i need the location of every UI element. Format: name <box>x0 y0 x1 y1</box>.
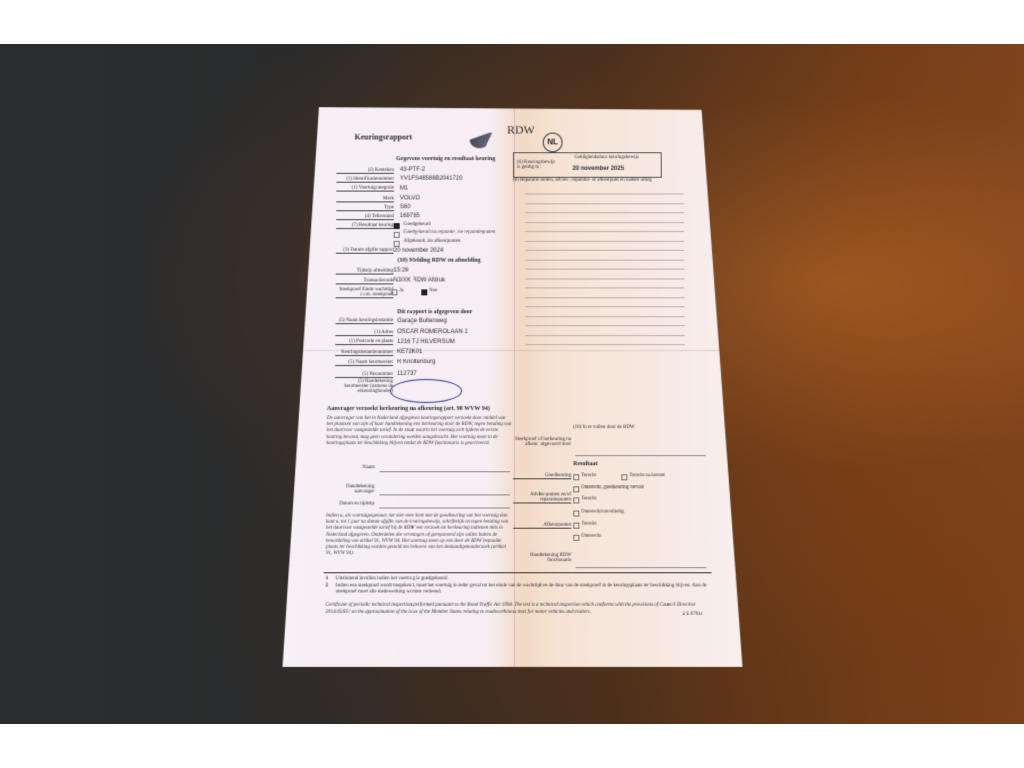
document-title: Keuringsrapport <box>355 133 413 142</box>
repair-rule-line <box>525 335 685 336</box>
valid-until-value: 20 november 2025 <box>572 166 624 172</box>
appeal-name-line <box>380 471 510 472</box>
inspection-report-document: Keuringsrapport RDW NL Gegevens voertuig… <box>283 107 743 667</box>
license-plate-value: 43-PTF-2 <box>400 167 425 173</box>
checkbox-steekproef-no <box>421 289 427 295</box>
footer-divider <box>324 572 712 573</box>
field-label: (1) Voertuigcategorie <box>336 186 394 192</box>
repair-rule-line <box>525 222 684 223</box>
checkbox <box>573 474 579 480</box>
result-option: Goedgekeurd <box>404 222 431 227</box>
instance-number-value: KE72K01 <box>397 349 422 355</box>
footnote-text: Uitsluitend invullen indien het voertuig… <box>336 576 449 581</box>
notification-heading: (10) Melding RDW en afmelding <box>398 258 481 264</box>
checkbox-approved <box>394 223 400 229</box>
footnote-text: Indien een steekproef wordt toegekend, m… <box>336 583 709 595</box>
field-label: (5) Naam keurmeester <box>335 360 393 366</box>
make-value: VOLVO <box>400 196 420 202</box>
form-code: 2 S 0701c <box>682 612 702 617</box>
appeal-field-signature: Handtekening aanvrager <box>329 484 374 494</box>
rdw-option: Terecht <box>581 522 596 527</box>
address-value: OSCAR ROMEROLAAN 1 <box>397 329 468 335</box>
rdw-option: Onterecht/onvolledig <box>581 510 624 515</box>
certificate-text: Certificate of periodic technical inspec… <box>325 603 708 616</box>
transaction-value: N3/XK RDW Afdruk <box>393 278 445 284</box>
steekproef-no: Nee <box>429 288 437 293</box>
pass-number-value: 112737 <box>397 371 417 377</box>
repair-rule-line <box>525 287 684 288</box>
transaction-label: Transactiecode <box>336 278 394 284</box>
rdw-section-heading: (10) In te vullen door de RDW <box>573 425 635 430</box>
appeal-signature-line <box>379 494 510 495</box>
repair-rule-line <box>525 316 685 317</box>
field-label: (5) Pasnummer <box>335 372 393 378</box>
field-label: (1) Postcode en plaats <box>335 339 393 345</box>
field-label: (4) Tellerstand <box>336 214 394 220</box>
validity-label: (6) Keuringsbewijs is geldig tot <box>517 160 557 170</box>
field-label: (1) Identificatienummer <box>336 177 394 183</box>
footnote-number: 2 <box>326 583 329 588</box>
date-label: (3) Datum afgifte rapport <box>336 248 394 254</box>
field-label: Merk <box>336 196 394 202</box>
rdw-option: Terecht <box>581 496 596 501</box>
field-label: Type <box>336 205 394 211</box>
repair-rule-line <box>525 297 684 298</box>
validity-heading: Geldigheidsduur keuringsbewijs <box>574 155 638 160</box>
rdw-field-label: Advies-punten en/of reparatiepunten <box>513 492 571 503</box>
rdw-field-label: Afkeurpunten <box>513 523 571 529</box>
appeal-text: De aanvrager van het in Nederland afgege… <box>327 416 512 447</box>
result-option: Goedgekeurd na reparatie, zie reparatiep… <box>404 230 496 235</box>
rdw-option: Onterecht <box>581 534 601 539</box>
repair-rule-line <box>525 259 684 260</box>
repair-rule-line <box>525 325 685 326</box>
repair-rule-line <box>525 306 685 307</box>
odometer-value: 169785 <box>400 213 420 219</box>
issuer-heading: Dit rapport is afgegeven door <box>397 309 472 315</box>
rdw-signature-line <box>575 567 706 568</box>
field-label: (5) Naam keuringsinstantie <box>335 318 393 324</box>
rdw-option: Terecht na herstel <box>629 473 665 478</box>
field-label: Keuringsinstantienummer <box>335 350 393 356</box>
rdw-field-label: Goedkeuring <box>513 473 571 479</box>
vehicle-section-heading: Gegevens voertuig en resultaat keuring <box>396 156 495 162</box>
repair-rule-line <box>525 240 684 241</box>
repair-rule-line <box>525 344 685 345</box>
appeal-field-name: Naam <box>344 465 374 470</box>
rdw-option: Onterecht, goedkeuring vervalt <box>581 485 644 490</box>
garage-name-value: Garage Bultenweg <box>397 318 447 324</box>
checkbox <box>573 497 579 503</box>
field-label: (2) Kenteken <box>336 168 394 174</box>
category-value: M1 <box>400 186 408 192</box>
result-heading: Resultaat <box>573 461 597 467</box>
appeal-field-date: Datum en tijdstip <box>329 501 374 506</box>
appeal-heading: Aanvrager verzoekt herkeuring na afkeuri… <box>327 406 490 412</box>
country-code-badge: NL <box>543 133 563 153</box>
vin-value: YV1FS48588B2041720 <box>400 176 463 182</box>
footnote-number: 1 <box>326 576 329 581</box>
field-label: (1) Adres <box>335 330 393 336</box>
result-option: Afgekeurd, zie afkeurpunten <box>404 239 461 244</box>
type-value: S60 <box>400 204 411 210</box>
repair-rule-line <box>525 250 684 251</box>
inspector-signature <box>390 379 462 403</box>
checkbox <box>573 535 579 541</box>
issue-date-value: 20 november 2024 <box>394 248 444 254</box>
rdw-field-label: Steekproef of herkeuring na afkeur uitge… <box>513 437 571 447</box>
rdw-logo-icon <box>469 130 501 151</box>
rdw-field-label: Handtekening RDW functionaris <box>513 553 571 563</box>
repair-heading: (8) Reparatiepunten, advies-, reparatie-… <box>513 178 652 183</box>
repair-rule-line <box>525 212 684 213</box>
repair-rule-line <box>525 231 684 232</box>
checkbox <box>573 511 579 517</box>
time-label: Tijdstip afmelding <box>336 269 394 275</box>
checkbox-approved-after-repair <box>394 232 400 238</box>
checkbox-steekproef-yes <box>391 289 397 295</box>
checkbox-rejected <box>394 241 400 247</box>
steekproef-label: Steekproef Einde wachttijd i.v.m. steekp… <box>336 287 394 298</box>
repair-rule-line <box>525 278 684 279</box>
appeal-date-line <box>379 508 510 509</box>
result-label: (7) Resultaat keuring <box>336 223 394 229</box>
owner-text: Indien u, als voertuigeigenaar, het niet… <box>326 514 512 558</box>
time-value: 15:26 <box>394 268 409 274</box>
rdw-option: Terecht <box>581 473 596 478</box>
steekproef-yes: Ja <box>399 288 403 293</box>
rdw-performed-by-line <box>575 455 705 456</box>
inspector-name-value: R Knoltenburg <box>397 359 435 365</box>
checkbox <box>621 474 627 480</box>
repair-rule-line <box>525 194 684 195</box>
repair-rule-line <box>525 203 684 204</box>
signature-label: (5) Handtekening keurmeester (namens de … <box>335 379 393 394</box>
rdw-label: RDW <box>507 123 535 138</box>
checkbox <box>573 523 579 529</box>
repair-rule-line <box>525 269 684 270</box>
checkbox <box>573 486 579 492</box>
postcode-value: 1216 TJ HILVERSUM <box>397 339 455 345</box>
